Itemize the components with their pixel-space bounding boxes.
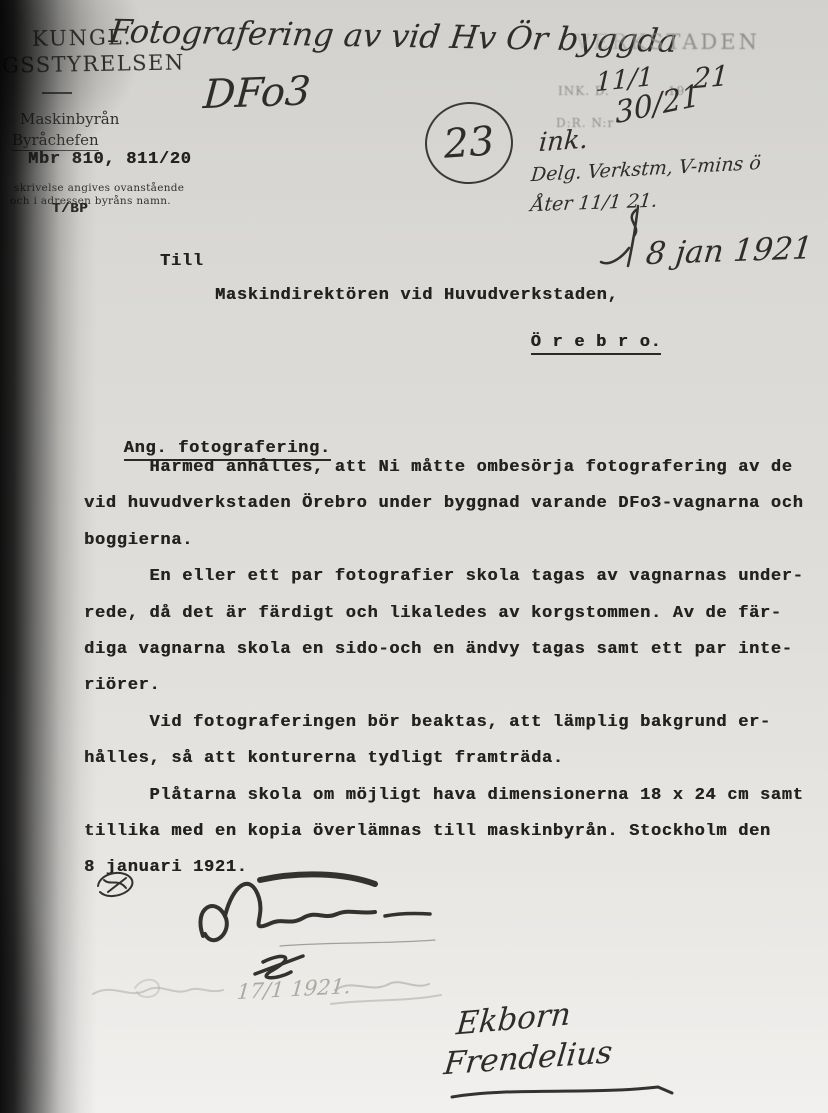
body-line: diga vagnarna skola en sido-och en ändvy… [84,632,804,668]
registrar-mark-stroke [92,864,140,906]
recipient-line: Maskindirektören vid Huvudverkstaden, [215,286,618,305]
signature-underline-stroke [448,1084,678,1102]
letterhead-divider [42,92,72,94]
handwritten-class-code: DFo3 [202,68,312,118]
letterhead-fineprint-line2: och i adressen byråns namn. [10,195,171,207]
recipient-city: Ö r e b r o. [531,333,662,355]
circled-number-badge: 23 [422,99,516,187]
salutation: Till [160,252,204,271]
scanned-letter-page: KUNGL. GSSTYRELSEN Maskinbyrån Byråchefe… [0,0,828,1113]
signature-frendelius: Frendelius [442,1034,614,1082]
letterhead-fineprint-line1: skrivelse angives ovanstående [14,182,184,194]
received-stamp-office: VERKSTADEN [575,30,760,54]
ink-abbrev-note: ink. [538,125,589,159]
body-line: Härmed anhålles, att Ni måtte ombesörja … [84,450,804,486]
body-line: boggierna. [84,523,804,559]
letterhead-org-line2: GSSTYRELSEN [2,50,185,77]
body-line: En eller ett par fotografier skola tagas… [84,559,804,595]
circled-number: 23 [442,118,496,167]
body-line: hålles, så att konturerna tydligt framtr… [84,741,804,777]
letterhead-dept: Maskinbyrån [20,110,119,128]
signature-ekborn: Ekborn [455,996,572,1042]
body-line: Plåtarna skola om möjligt hava dimension… [84,778,804,814]
body-line: vid huvudverkstaden Örebro under byggnad… [84,486,804,522]
body-line: Vid fotograferingen bör beaktas, att läm… [84,705,804,741]
typist-initials: T/BP [52,201,88,217]
letterhead-officer: Byråchefen [12,131,99,151]
body-line: riörer. [84,668,804,704]
letterhead-ref-number: Mbr 810, 811/20 [28,150,192,169]
delegation-note: Delg. Verkstm, V-mins ö [530,152,762,186]
letter-body: Härmed anhålles, att Ni måtte ombesörja … [84,450,804,887]
date-note: 8 jan 1921 [644,230,814,272]
body-line: rede, då det är färdigt och likaledes av… [84,596,804,632]
body-line: tillika med en kopia överlämnas till mas… [84,814,804,850]
